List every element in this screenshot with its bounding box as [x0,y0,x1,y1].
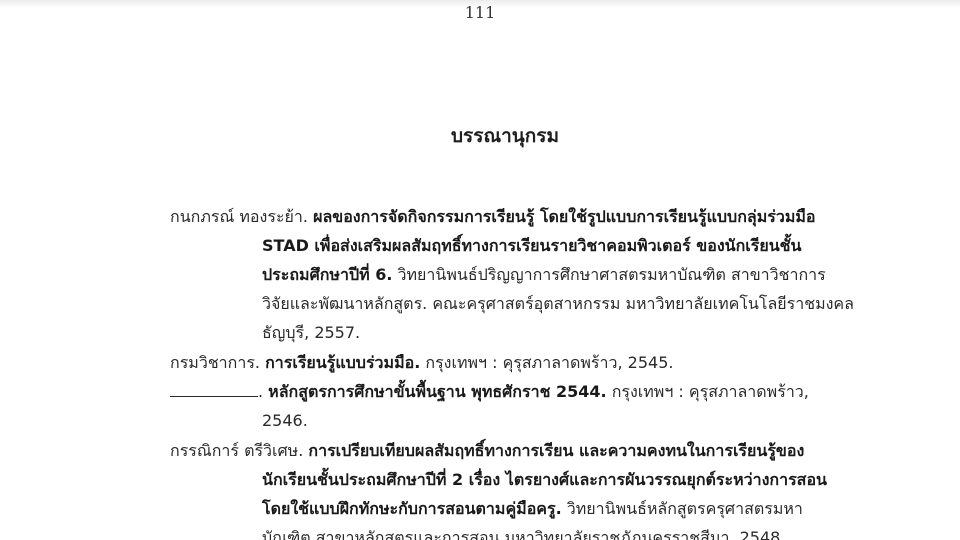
bibliography-entry-line: วิจัยและพัฒนาหลักสูตร. คณะครุศาสตร์อุตสา… [262,294,854,314]
page-title: บรรณานุกรม [0,121,960,151]
bibliography-entry-line: กรมวิชาการ. การเรียนรู้แบบร่วมมือ. กรุงเ… [170,353,673,373]
document-page: 111 บรรณานุกรม กนกภรณ์ ทองระย้า. ผลของกา… [0,0,960,540]
bibliography-entry-line: โดยใช้แบบฝึกทักษะกับการสอนตามคู่มือครู. … [262,499,803,519]
entry-separator: . [258,382,268,401]
repeat-author-rule [170,382,258,397]
bibliography-entry-line: . หลักสูตรการศึกษาขั้นพื้นฐาน พุทธศักราช… [170,382,809,402]
entry-publication: 2546. [262,411,308,430]
entry-title: การเปรียบเทียบผลสัมฤทธิ์ทางการเรียน และค… [308,441,804,460]
page-number: 111 [0,3,960,22]
bibliography-entry-line: ประถมศึกษาปีที่ 6. วิทยานิพนธ์ปริญญาการศ… [262,265,826,285]
entry-publication: กรุงเทพฯ : คุรุสภาลาดพร้าว, 2545. [420,353,673,372]
entry-title: โดยใช้แบบฝึกทักษะกับการสอนตามคู่มือครู. [262,499,562,518]
entry-publication: กรุงเทพฯ : คุรุสภาลาดพร้าว, [607,382,809,401]
bibliography-entry-line: บัณฑิต สาขาหลักสูตรและการสอน มหาวิทยาลัย… [262,528,785,540]
entry-author: กนกภรณ์ ทองระย้า. [170,207,313,226]
bibliography-entry-line: นักเรียนชั้นประถมศึกษาปีที่ 2 เรื่อง ไตร… [262,470,827,490]
bibliography-entry-line: 2546. [262,411,308,431]
bibliography-entry-line: กรรณิการ์ ตรีวิเศษ. การเปรียบเทียบผลสัมฤ… [170,441,804,461]
bibliography-entry-line: ธัญบุรี, 2557. [262,323,360,343]
entry-title: นักเรียนชั้นประถมศึกษาปีที่ 2 เรื่อง ไตร… [262,470,827,489]
bibliography-entry-line: STAD เพื่อส่งเสริมผลสัมฤทธิ์ทางการเรียนร… [262,236,801,256]
entry-publication: วิทยานิพนธ์หลักสูตรครุศาสตรมหา [562,499,803,518]
entry-title: หลักสูตรการศึกษาขั้นพื้นฐาน พุทธศักราช 2… [268,382,606,401]
entry-publication: วิจัยและพัฒนาหลักสูตร. คณะครุศาสตร์อุตสา… [262,294,854,313]
entry-publication: บัณฑิต สาขาหลักสูตรและการสอน มหาวิทยาลัย… [262,528,785,540]
entry-author: กรมวิชาการ. [170,353,265,372]
entry-title: STAD เพื่อส่งเสริมผลสัมฤทธิ์ทางการเรียนร… [262,236,801,255]
entry-title: ประถมศึกษาปีที่ 6. [262,265,392,284]
entry-author: กรรณิการ์ ตรีวิเศษ. [170,441,308,460]
entry-title: ผลของการจัดกิจกรรมการเรียนรู้ โดยใช้รูปแ… [313,207,815,226]
entry-publication: ธัญบุรี, 2557. [262,323,360,342]
bibliography-entry-line: กนกภรณ์ ทองระย้า. ผลของการจัดกิจกรรมการเ… [170,207,816,227]
entry-title: การเรียนรู้แบบร่วมมือ. [265,353,420,372]
entry-publication: วิทยานิพนธ์ปริญญาการศึกษาศาสตรมหาบัณฑิต … [392,265,825,284]
